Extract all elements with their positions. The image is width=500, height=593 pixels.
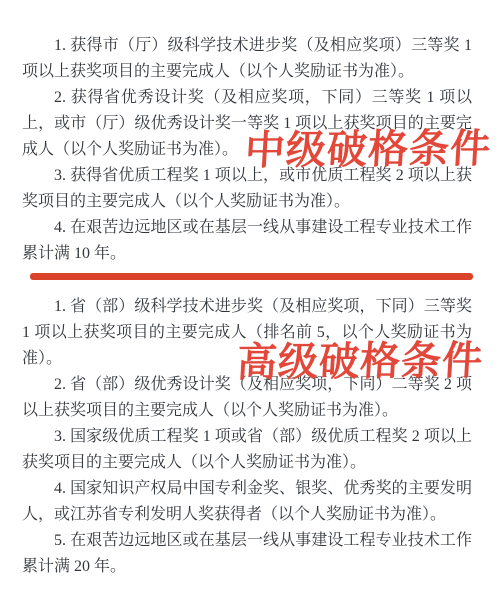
high-condition-item-3: 3. 国家级优质工程奖 1 项或省（部）级优质工程奖 2 项以上获奖项目的主要完… — [22, 424, 472, 476]
mid-level-conditions-block: 1. 获得市（厅）级科学技术进步奖（及相应奖项）三等奖 1 项以上获奖项目的主要… — [22, 33, 472, 267]
high-condition-item-2: 2. 省（部）级优秀设计奖（及相应奖项，下同）二等奖 2 项以上获奖项目的主要完… — [22, 372, 472, 424]
document-page: 1. 获得市（厅）级科学技术进步奖（及相应奖项）三等奖 1 项以上获奖项目的主要… — [0, 0, 500, 593]
mid-condition-item-1: 1. 获得市（厅）级科学技术进步奖（及相应奖项）三等奖 1 项以上获奖项目的主要… — [22, 33, 472, 85]
high-condition-item-1: 1. 省（部）级科学技术进步奖（及相应奖项，下同）三等奖 1 项以上获奖项目的主… — [22, 294, 472, 372]
mid-condition-item-2: 2. 获得省优秀设计奖（及相应奖项，下同）三等奖 1 项以上，或市（厅）级优秀设… — [22, 85, 472, 163]
high-condition-item-5: 5. 在艰苦边远地区或在基层一线从事建设工程专业技术工作累计满 20 年。 — [22, 528, 472, 580]
mid-condition-item-3: 3. 获得省优质工程奖 1 项以上，或市优质工程奖 2 项以上获奖项目的主要完成… — [22, 163, 472, 215]
high-level-conditions-block: 1. 省（部）级科学技术进步奖（及相应奖项，下同）三等奖 1 项以上获奖项目的主… — [22, 294, 472, 580]
section-divider-bar — [30, 273, 473, 280]
mid-condition-item-4: 4. 在艰苦边远地区或在基层一线从事建设工程专业技术工作累计满 10 年。 — [22, 215, 472, 267]
high-condition-item-4: 4. 国家知识产权局中国专利金奖、银奖、优秀奖的主要发明人，或江苏省专利发明人奖… — [22, 476, 472, 528]
